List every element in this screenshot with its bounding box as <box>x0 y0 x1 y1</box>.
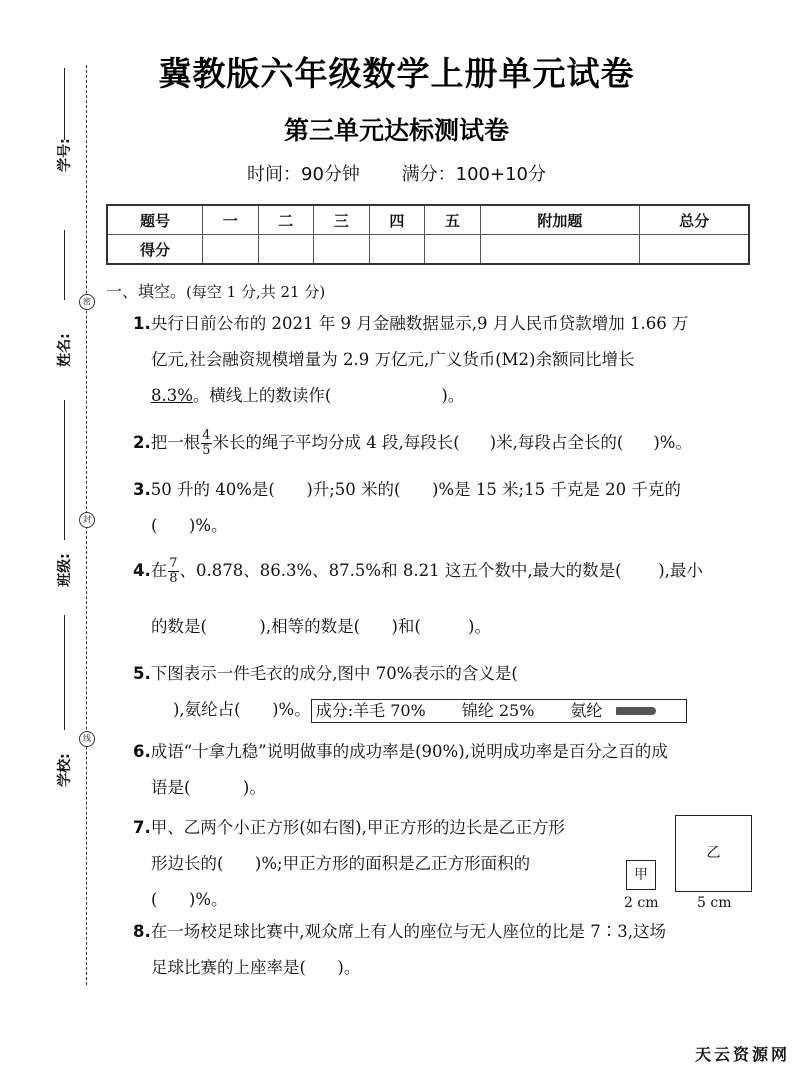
question-text: 足球比赛的上座率是( )。 <box>133 950 753 986</box>
section-heading: 一、填空。(每空 1 分,共 21 分) <box>106 279 325 302</box>
question-text: 下图表示一件毛衣的成分,图中 70%表示的含义是( <box>151 664 518 683</box>
nylon-percent: 锦纶 25% <box>462 701 535 720</box>
header-cell: 三 <box>314 205 370 235</box>
square-yi: 乙 <box>675 815 752 892</box>
header-cell: 五 <box>425 205 481 235</box>
score-cell[interactable] <box>425 235 481 265</box>
score-cell[interactable] <box>640 235 749 265</box>
denominator: 8 <box>168 572 178 586</box>
question-text-part: )米,每段占全长的( <box>490 433 624 452</box>
question-2: 2.把一根45米长的绳子平均分成 4 段,每段长()米,每段占全长的()%。 <box>133 425 753 461</box>
underlined-number: 8.3% <box>151 386 193 405</box>
header-cell: 二 <box>258 205 314 235</box>
question-text: 的数是( ),相等的数是( )和( )。 <box>133 609 753 645</box>
name-line[interactable] <box>64 230 65 300</box>
question-6: 6.成语“十拿九稳”说明做事的成功率是(90%),说明成功率是百分之百的成 语是… <box>133 734 753 806</box>
question-text: 央行日前公布的 2021 年 9 月金融数据显示,9 月人民币贷款增加 1.66… <box>151 314 689 333</box>
smudge-icon <box>616 707 656 715</box>
question-8: 8.在一场校足球比赛中,观众席上有人的座位与无人座位的比是 7∶3,这场 足球比… <box>133 914 753 986</box>
seal-xian-icon: 线 <box>79 731 95 747</box>
numerator: 4 <box>201 429 211 444</box>
fraction: 45 <box>201 429 211 458</box>
question-text-part: )。 <box>441 386 464 405</box>
question-text: 8.3%。横线上的数读作()。 <box>133 378 753 414</box>
school-line[interactable] <box>64 615 65 730</box>
question-number: 4. <box>133 561 151 580</box>
header-cell: 一 <box>203 205 259 235</box>
score-table: 题号 一 二 三 四 五 附加题 总分 得分 <box>106 204 750 265</box>
header-cell: 附加题 <box>480 205 640 235</box>
question-number: 1. <box>133 314 151 333</box>
exam-time: 时间：90分钟 <box>247 164 360 185</box>
question-number: 8. <box>133 922 151 941</box>
score-cell[interactable] <box>258 235 314 265</box>
exam-full-score: 满分：100+10分 <box>402 164 546 185</box>
fraction: 78 <box>168 557 178 586</box>
score-cell[interactable] <box>203 235 259 265</box>
score-row-label: 得分 <box>107 235 203 265</box>
question-7: 7.甲、乙两个小正方形(如右图),甲正方形的边长是乙正方形 形边长的( )%;甲… <box>133 810 613 918</box>
header-cell: 题号 <box>107 205 203 235</box>
question-number: 5. <box>133 664 151 683</box>
composition-label-box: 成分:羊毛 70%锦纶 25%氨纶 <box>311 699 687 723</box>
page-title: 冀教版六年级数学上册单元试卷 <box>0 48 793 95</box>
score-cell[interactable] <box>314 235 370 265</box>
question-text: ( )%。 <box>133 508 753 544</box>
question-text-part: 在 <box>151 561 168 580</box>
seal-feng-icon: 封 <box>79 512 95 528</box>
question-text: 亿元,社会融资规模增量为 2.9 万亿元,广义货币(M2)余额同比增长 <box>133 342 753 378</box>
exam-meta: 时间：90分钟 满分：100+10分 <box>0 160 793 186</box>
question-text-part: 米长的绳子平均分成 4 段,每段长( <box>213 433 460 452</box>
spandex-label: 氨纶 <box>570 701 602 720</box>
question-text: ),氨纶占( )%。 <box>173 700 311 719</box>
question-text: 形边长的( )%;甲正方形的面积是乙正方形面积的 <box>133 846 613 882</box>
numerator: 7 <box>168 557 178 572</box>
seal-mi-icon: 密 <box>79 294 95 310</box>
question-text-part: 把一根 <box>151 433 201 452</box>
page-subtitle: 第三单元达标测试卷 <box>0 111 793 147</box>
question-text: 50 升的 40%是( )升;50 米的( )%是 15 米;15 千克是 20… <box>151 480 681 499</box>
name-label: 姓名: <box>54 330 74 370</box>
class-line[interactable] <box>64 400 65 540</box>
wool-percent: 成分:羊毛 70% <box>316 701 426 720</box>
question-5: 5.下图表示一件毛衣的成分,图中 70%表示的含义是( ),氨纶占( )%。成分… <box>133 656 753 728</box>
question-text-part: )%。 <box>653 433 692 452</box>
square-yi-size: 5 cm <box>697 895 731 911</box>
denominator: 5 <box>201 444 211 458</box>
question-3: 3.50 升的 40%是( )升;50 米的( )%是 15 米;15 千克是 … <box>133 472 753 544</box>
score-table-score-row: 得分 <box>107 235 749 265</box>
question-text: 在一场校足球比赛中,观众席上有人的座位与无人座位的比是 7∶3,这场 <box>151 922 666 941</box>
question-text-part: 。横线上的数读作( <box>193 386 331 405</box>
section-note: (每空 1 分,共 21 分) <box>186 283 325 301</box>
header-cell: 四 <box>369 205 425 235</box>
question-4: 4.在78、0.878、86.3%、87.5%和 8.21 这五个数中,最大的数… <box>133 553 753 645</box>
question-number: 6. <box>133 742 151 761</box>
question-1: 1.央行日前公布的 2021 年 9 月金融数据显示,9 月人民币贷款增加 1.… <box>133 306 753 414</box>
watermark: 天云资源网 <box>695 1042 790 1065</box>
question-text: 语是( )。 <box>133 770 753 806</box>
score-cell[interactable] <box>369 235 425 265</box>
question-text-part: 、0.878、86.3%、87.5%和 8.21 这五个数中,最大的数是( ),… <box>180 561 703 580</box>
score-table-header-row: 题号 一 二 三 四 五 附加题 总分 <box>107 205 749 235</box>
header-cell: 总分 <box>640 205 749 235</box>
question-number: 3. <box>133 480 151 499</box>
section-title: 一、填空。 <box>106 282 186 301</box>
square-jia: 甲 <box>626 860 656 890</box>
question-text: ( )%。 <box>133 882 613 918</box>
square-jia-size: 2 cm <box>624 895 658 911</box>
school-label: 学校: <box>54 750 74 790</box>
question-text: 甲、乙两个小正方形(如右图),甲正方形的边长是乙正方形 <box>151 818 565 837</box>
question-number: 2. <box>133 433 151 452</box>
question-number: 7. <box>133 818 151 837</box>
class-label: 班级: <box>54 550 74 590</box>
score-cell[interactable] <box>480 235 640 265</box>
question-text: 成语“十拿九稳”说明做事的成功率是(90%),说明成功率是百分之百的成 <box>151 742 668 761</box>
